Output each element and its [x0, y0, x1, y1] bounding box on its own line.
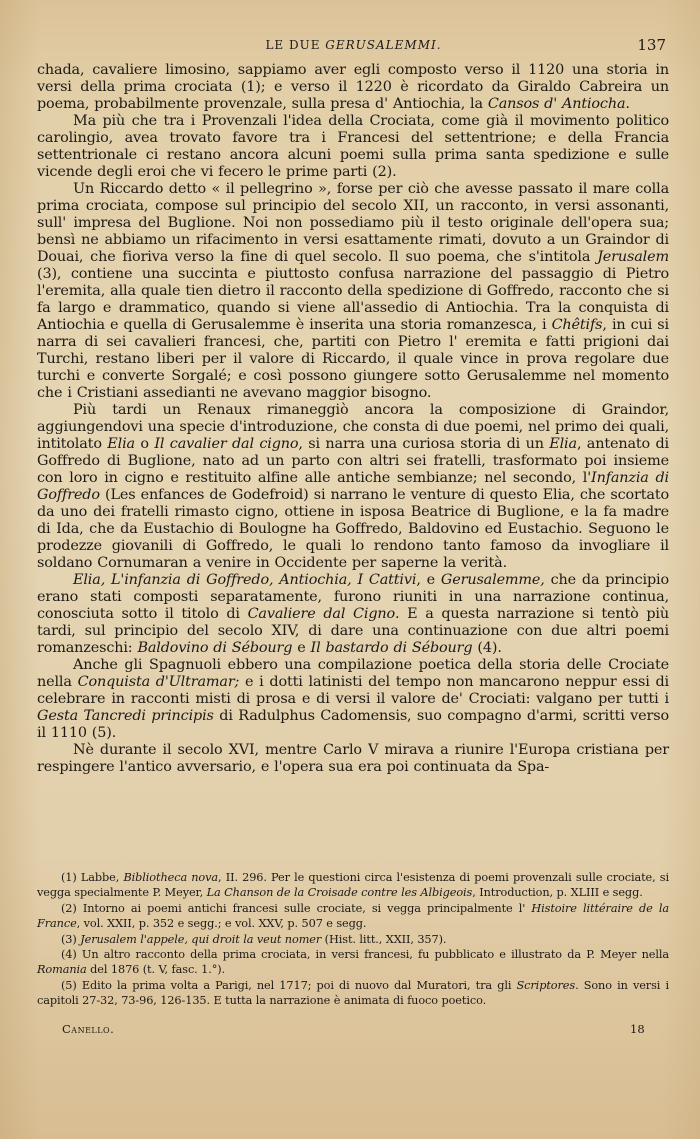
footnote: (4) Un altro racconto della prima crocia… — [37, 947, 669, 978]
text-run: del 1876 (t. V, fasc. 1.°). — [87, 963, 225, 976]
italic-text: Romania — [37, 963, 87, 976]
running-title: LE DUE GERUSALEMMI. — [37, 38, 670, 52]
signature-author: Canello. — [62, 1022, 114, 1036]
text-run: , Introduction, p. XLIII e segg. — [472, 886, 642, 899]
running-title-italic: GERUSALEMMI. — [325, 38, 441, 52]
paragraph: Elia, L'infanzia di Goffredo, Antiochia,… — [37, 572, 669, 657]
italic-text: Chêtifs — [552, 317, 603, 333]
paragraph: Nè durante il secolo XVI, mentre Carlo V… — [37, 742, 669, 776]
text-run: e — [292, 640, 310, 656]
text-run: , si narra una curiosa storia di un — [298, 436, 549, 452]
italic-text: La Chanson de la Croisade contre les Alb… — [207, 886, 473, 899]
italic-text: Elia — [107, 436, 135, 452]
italic-text: Il bastardo di Sébourg — [311, 640, 473, 656]
italic-text: Scriptores — [517, 979, 576, 992]
text-run: . — [625, 96, 629, 112]
footnote: (2) Intorno ai poemi antichi francesi su… — [37, 901, 669, 932]
text-run: (1) Labbe, — [61, 871, 123, 884]
text-run: (Hist. litt., XXII, 357). — [321, 933, 446, 946]
text-run: , vol. XXII, p. 352 e segg.; e vol. XXV,… — [77, 917, 367, 930]
text-run: (3) — [61, 933, 80, 946]
italic-text: Gerusalemme, — [441, 572, 545, 588]
italic-text: Jerusalem l'appele, qui droit la veut no… — [80, 933, 321, 946]
text-run: (4) Un altro racconto della prima crocia… — [61, 948, 669, 961]
text-run: (5) Edito la prima volta a Parigi, nel 1… — [61, 979, 517, 992]
footnote: (5) Edito la prima volta a Parigi, nel 1… — [37, 978, 669, 1009]
text-run: Nè durante il secolo XVI, mentre Carlo V… — [37, 742, 669, 775]
italic-text: Cavaliere dal Cigno — [248, 606, 395, 622]
paragraph: Anche gli Spagnuoli ebbero una compilazi… — [37, 657, 669, 742]
footnote: (1) Labbe, Bibliotheca nova, II. 296. Pe… — [37, 870, 669, 901]
paragraph: chada, cavaliere limosino, sappiamo aver… — [37, 62, 669, 113]
italic-text: Conquista d'Ultramar; — [78, 674, 240, 690]
italic-text: Bibliotheca nova — [123, 871, 218, 884]
text-run: (4). — [472, 640, 501, 656]
running-header: LE DUE GERUSALEMMI. 137 — [37, 36, 670, 56]
text-run: Un Riccardo detto « il pellegrino », for… — [37, 181, 669, 265]
italic-text: Jerusalem — [597, 249, 669, 265]
signature-mark: 18 — [630, 1022, 645, 1036]
paragraph: Ma più che tra i Provenzali l'idea della… — [37, 113, 669, 181]
italic-text: Gesta Tancredi principis — [37, 708, 214, 724]
running-title-prefix: LE DUE — [265, 38, 325, 52]
text-run: o — [135, 436, 154, 452]
main-text: chada, cavaliere limosino, sappiamo aver… — [37, 62, 669, 776]
paragraph: Un Riccardo detto « il pellegrino », for… — [37, 181, 669, 402]
footnote: (3) Jerusalem l'appele, qui droit la veu… — [37, 932, 669, 947]
italic-text: Baldovino di Sébourg — [137, 640, 292, 656]
text-run: (Les enfances de Godefroid) si narrano l… — [37, 487, 669, 571]
text-run: (2) Intorno ai poemi antichi francesi su… — [61, 902, 531, 915]
text-run: , e — [416, 572, 441, 588]
italic-text: Cansos d' Antiocha — [488, 96, 626, 112]
text-run: Ma più che tra i Provenzali l'idea della… — [37, 113, 669, 180]
italic-text: Il cavalier dal cigno — [154, 436, 298, 452]
italic-text: Elia, L'infanzia di Goffredo, Antiochia,… — [73, 572, 416, 588]
italic-text: Elia — [549, 436, 577, 452]
page-number: 137 — [637, 36, 666, 54]
footnotes: (1) Labbe, Bibliotheca nova, II. 296. Pe… — [37, 870, 669, 1009]
paragraph: Più tardi un Renaux rimaneggiò ancora la… — [37, 402, 669, 572]
